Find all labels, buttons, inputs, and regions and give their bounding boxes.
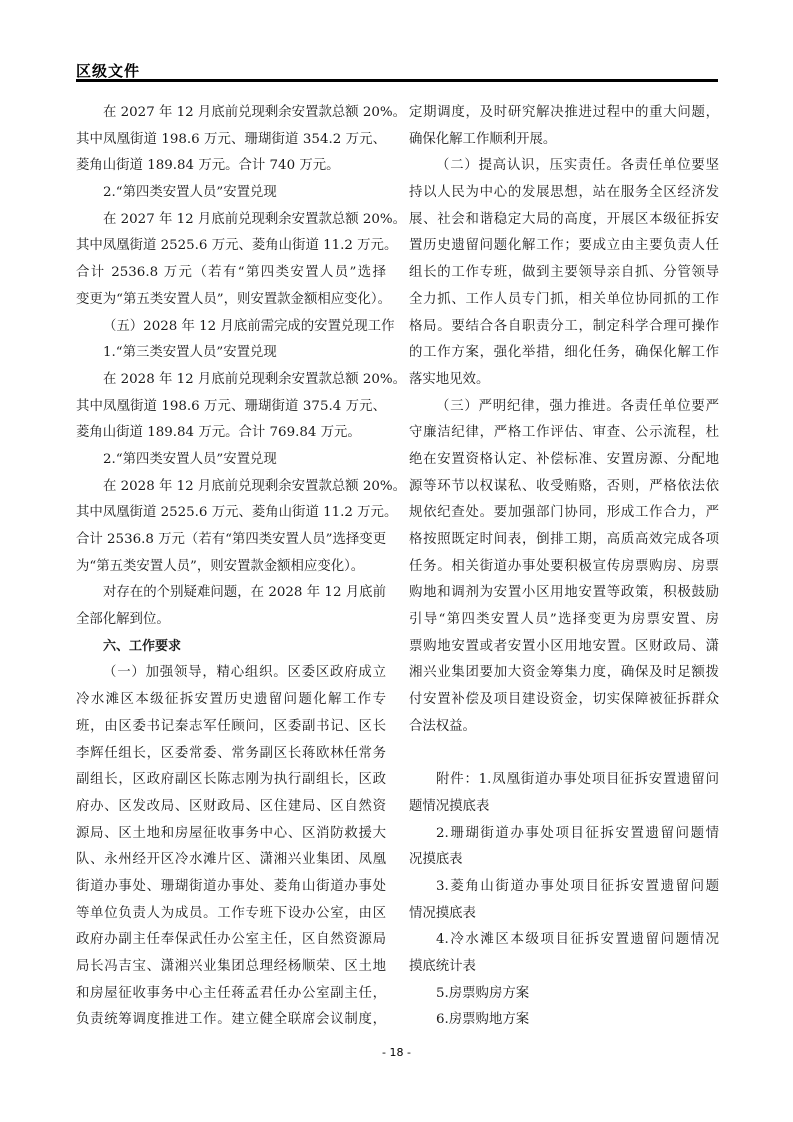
text-line: 菱角山街道 189.84 万元。合计 740 万元。: [76, 153, 386, 180]
text-line: 况摸底表: [409, 847, 719, 874]
text-line: 和房屋征收事务中心主任蒋孟君任办公室副主任，: [76, 981, 386, 1008]
text-line: 府办、区发改局、区财政局、区住建局、区自然资: [76, 794, 386, 821]
text-line: （一）加强领导，精心组织。区委区政府成立: [76, 660, 386, 687]
document-header-title: 区级文件: [76, 60, 140, 81]
text-line: （三）严明纪律，强力推进。各责任单位要严: [409, 394, 719, 421]
text-line: 5.房票购房方案: [409, 981, 719, 1008]
text-line: 源局、区土地和房屋征收事务中心、区消防救援大: [76, 821, 386, 848]
text-line: 组长的工作专班，做到主要领导亲自抓、分管领导: [409, 260, 719, 287]
text-line: 2.“第四类安置人员”安置兑现: [76, 447, 386, 474]
text-line: 2.珊瑚街道办事处项目征拆安置遗留问题情: [409, 821, 719, 848]
text-line: 副组长，区政府副区长陈志刚为执行副组长，区政: [76, 767, 386, 794]
text-line: 题情况摸底表: [409, 794, 719, 821]
text-line: 在 2027 年 12 月底前兑现剩余安置款总额 20%。: [76, 207, 386, 234]
right-text-column: 定期调度，及时研究解决推进过程中的重大问题，确保化解工作顺利开展。（二）提高认识…: [409, 100, 719, 1034]
text-line: 局长冯吉宝、潇湘兴业集团总理经杨顺荣、区土地: [76, 954, 386, 981]
text-line: 在 2028 年 12 月底前兑现剩余安置款总额 20%。: [76, 474, 386, 501]
text-line: 其中凤凰街道 2525.6 万元、菱角山街道 11.2 万元。: [76, 233, 386, 260]
text-line: 其中凤凰街道 198.6 万元、珊瑚街道 375.4 万元、: [76, 394, 386, 421]
text-line: 李辉任组长，区委常委、常务副区长蒋欧林任常务: [76, 741, 386, 768]
text-line: 在 2028 年 12 月底前兑现剩余安置款总额 20%。: [76, 367, 386, 394]
text-line: 3.菱角山街道办事处项目征拆安置遗留问题: [409, 874, 719, 901]
text-line: （二）提高认识，压实责任。各责任单位要坚: [409, 153, 719, 180]
text-line: 展、社会和谐稳定大局的高度，开展区本级征拆安: [409, 207, 719, 234]
section-heading: 六、工作要求: [76, 634, 386, 661]
text-line: 负责统筹调度推进工作。建立健全联席会议制度，: [76, 1007, 386, 1034]
text-line: 落实地见效。: [409, 367, 719, 394]
text-line: 其中凤凰街道 2525.6 万元、菱角山街道 11.2 万元。: [76, 500, 386, 527]
text-line: 持以人民为中心的发展思想，站在服务全区经济发: [409, 180, 719, 207]
left-text-column: 在 2027 年 12 月底前兑现剩余安置款总额 20%。其中凤凰街道 198.…: [76, 100, 386, 1034]
text-line: 任务。相关街道办事处要积极宣传房票购房、房票: [409, 554, 719, 581]
text-line: 合计 2536.8 万元（若有“第四类安置人员”选择: [76, 260, 386, 287]
text-line: 队、永州经开区冷水滩片区、潇湘兴业集团、凤凰: [76, 847, 386, 874]
text-line: 冷水滩区本级征拆安置历史遗留问题化解工作专: [76, 687, 386, 714]
text-line: 班，由区委书记秦志军任顾问，区委副书记、区长: [76, 714, 386, 741]
text-line: 为“第五类安置人员”，则安置款金额相应变化）。: [76, 554, 386, 581]
text-line: 票购地安置或者安置小区用地安置。区财政局、潇: [409, 634, 719, 661]
text-line: 确保化解工作顺利开展。: [409, 127, 719, 154]
text-line: 摸底统计表: [409, 954, 719, 981]
text-line: 格按照既定时间表，倒排工期，高质高效完成各项: [409, 527, 719, 554]
text-line: 情况摸底表: [409, 901, 719, 928]
page-number: - 18 -: [0, 1046, 793, 1059]
text-line: 全部化解到位。: [76, 607, 386, 634]
text-line: 对存在的个别疑难问题，在 2028 年 12 月底前: [76, 580, 386, 607]
text-line: 2.“第四类安置人员”安置兑现: [76, 180, 386, 207]
text-line: 等单位负责人为成员。工作专班下设办公室，由区: [76, 901, 386, 928]
text-line: 合计 2536.8 万元（若有“第四类安置人员”选择变更: [76, 527, 386, 554]
text-line: 1.“第三类安置人员”安置兑现: [76, 340, 386, 367]
text-line: 合法权益。: [409, 714, 719, 741]
text-line: 街道办事处、珊瑚街道办事处、菱角山街道办事处: [76, 874, 386, 901]
text-line: 付安置补偿及项目建设资金，切实保障被征拆群众: [409, 687, 719, 714]
blank-line: [409, 741, 719, 768]
text-line: 置历史遗留问题化解工作；要成立由主要负责人任: [409, 233, 719, 260]
text-line: 定期调度，及时研究解决推进过程中的重大问题，: [409, 100, 719, 127]
text-line: 格局。要结合各自职责分工，制定科学合理可操作: [409, 314, 719, 341]
text-line: 的工作方案，强化举措，细化任务，确保化解工作: [409, 340, 719, 367]
text-line: 绝在安置资格认定、补偿标准、安置房源、分配地: [409, 447, 719, 474]
text-line: 变更为“第五类安置人员”，则安置款金额相应变化）。: [76, 287, 386, 314]
text-line: 购地和调剂为安置小区用地安置等政策，积极鼓励: [409, 580, 719, 607]
text-line: 规依纪查处。要加强部门协同，形成工作合力，严: [409, 500, 719, 527]
text-line: 在 2027 年 12 月底前兑现剩余安置款总额 20%。: [76, 100, 386, 127]
text-line: 附件：1.凤凰街道办事处项目征拆安置遗留问: [409, 767, 719, 794]
text-line: 湘兴业集团要加大资金筹集力度，确保及时足额拨: [409, 660, 719, 687]
text-line: 引导“第四类安置人员”选择变更为房票安置、房: [409, 607, 719, 634]
text-line: 菱角山街道 189.84 万元。合计 769.84 万元。: [76, 420, 386, 447]
text-line: 源等环节以权谋私、收受贿赂，否则，严格依法依: [409, 474, 719, 501]
text-line: 政府办副主任奉保武任办公室主任，区自然资源局: [76, 927, 386, 954]
text-line: 全力抓、工作人员专门抓，相关单位协同抓的工作: [409, 287, 719, 314]
header-divider: [76, 79, 718, 82]
text-line: （五）2028 年 12 月底前需完成的安置兑现工作: [76, 314, 386, 341]
text-line: 守廉洁纪律，严格工作评估、审查、公示流程，杜: [409, 420, 719, 447]
text-line: 其中凤凰街道 198.6 万元、珊瑚街道 354.2 万元、: [76, 127, 386, 154]
text-line: 4.冷水滩区本级项目征拆安置遗留问题情况: [409, 927, 719, 954]
text-line: 6.房票购地方案: [409, 1007, 719, 1034]
